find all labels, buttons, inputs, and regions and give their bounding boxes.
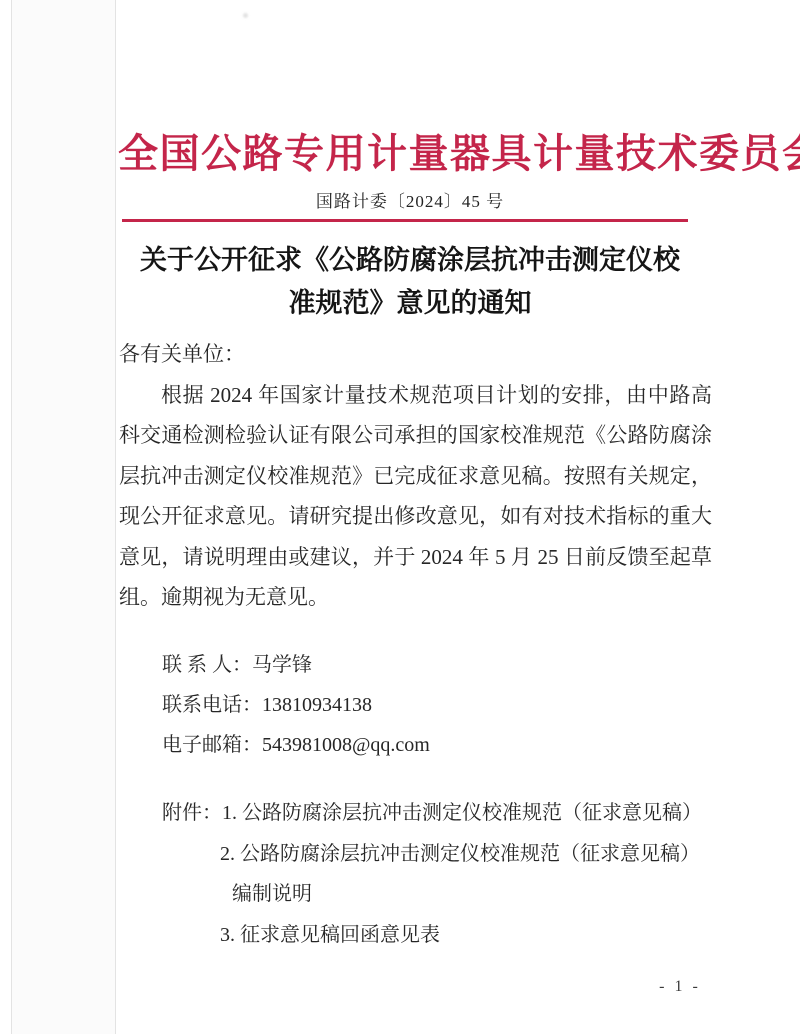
document-number: 国路计委〔2024〕45 号 (118, 190, 702, 214)
contact-person-line: 联 系 人：马学锋 (162, 645, 430, 685)
document-page: 全国公路专用计量器具计量技术委员会 国路计委〔2024〕45 号 关于公开征求《… (0, 0, 800, 1034)
contact-email-value: 543981008@qq.com (262, 734, 430, 756)
body-line: 层抗冲击测定仪校准规范》已完成征求意见稿。按照有关规定， (119, 456, 712, 497)
contact-person-value: 马学锋 (252, 654, 312, 676)
attachment-item-2-subline: 编制说明 (162, 874, 722, 915)
body-line: 科交通检测检验认证有限公司承担的国家校准规范《公路防腐涂 (119, 415, 712, 456)
scan-speck (243, 13, 248, 18)
contact-email-line: 电子邮箱：543981008@qq.com (162, 725, 430, 765)
salutation-line: 各有关单位： (119, 334, 712, 375)
body-text: 各有关单位： 根据 2024 年国家计量技术规范项目计划的安排，由中路高 科交通… (119, 334, 712, 618)
notice-title-line2: 准规范》意见的通知 (104, 282, 716, 325)
attachment-item-1: 附件：1. 公路防腐涂层抗冲击测定仪校准规范（征求意见稿） (162, 793, 722, 834)
notice-title: 关于公开征求《公路防腐涂层抗冲击测定仪校 准规范》意见的通知 (104, 239, 716, 325)
scan-artifact-line-inner (115, 0, 116, 1034)
body-line: 现公开征求意见。请研究提出修改意见，如有对技术指标的重大 (119, 496, 712, 537)
issuing-committee-name: 全国公路专用计量器具计量技术委员会 (118, 128, 702, 180)
page-number: - 1 - (640, 978, 720, 996)
contact-phone-value: 13810934138 (262, 694, 372, 716)
contact-phone-label: 联系电话： (162, 694, 262, 716)
red-divider-line (122, 219, 688, 222)
contact-email-label: 电子邮箱： (162, 734, 262, 756)
body-line: 组。逾期视为无意见。 (119, 577, 712, 618)
attachments-block: 附件：1. 公路防腐涂层抗冲击测定仪校准规范（征求意见稿） 2. 公路防腐涂层抗… (162, 793, 722, 955)
scan-artifact-line-left (11, 0, 12, 1034)
contact-phone-line: 联系电话：13810934138 (162, 685, 430, 725)
body-line: 根据 2024 年国家计量技术规范项目计划的安排，由中路高 (119, 375, 712, 416)
attachment-item-1-text: 1. 公路防腐涂层抗冲击测定仪校准规范（征求意见稿） (222, 802, 702, 824)
attachment-item-2: 2. 公路防腐涂层抗冲击测定仪校准规范（征求意见稿） (162, 834, 722, 875)
scan-edge-strip (11, 0, 115, 1034)
attachment-item-3: 3. 征求意见稿回函意见表 (162, 915, 722, 956)
contact-person-label: 联 系 人： (162, 654, 252, 676)
attachments-label: 附件： (162, 802, 222, 824)
notice-title-line1: 关于公开征求《公路防腐涂层抗冲击测定仪校 (104, 239, 716, 282)
contact-block: 联 系 人：马学锋 联系电话：13810934138 电子邮箱：54398100… (162, 645, 430, 765)
body-line: 意见，请说明理由或建议，并于 2024 年 5 月 25 日前反馈至起草 (119, 537, 712, 578)
